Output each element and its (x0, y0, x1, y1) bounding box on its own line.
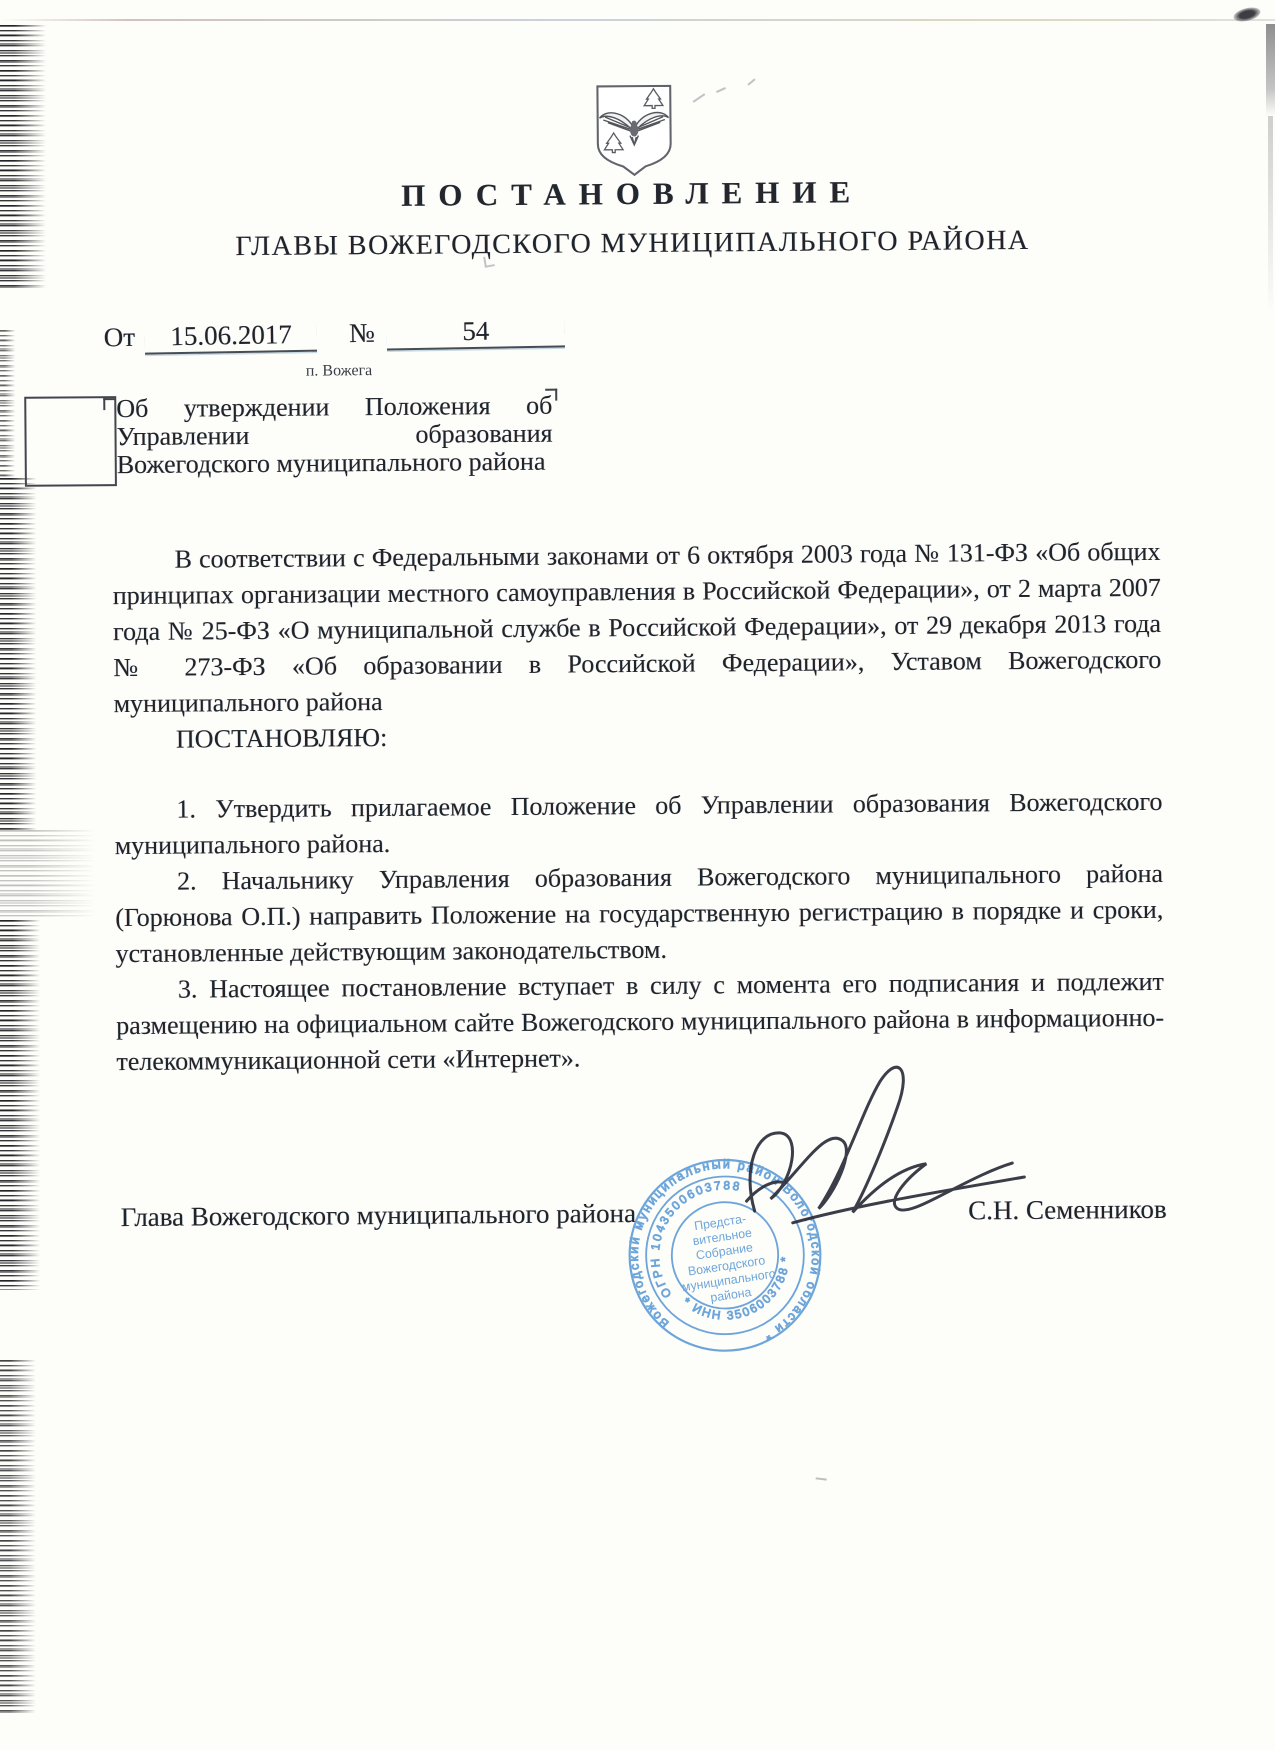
margin-box-artifact (24, 396, 117, 487)
item-paragraph: 1. Утвердить прилагаемое Положение об Уп… (114, 784, 1163, 864)
signer-position-label: Глава Вожегодского муниципального района (121, 1198, 637, 1233)
document-subtitle: ГЛАВЫ ВОЖЕГОДСКОГО МУНИЦИПАЛЬНОГО РАЙОНА (0, 223, 1270, 265)
body-text: В соответствии с Федеральными законами о… (112, 534, 1164, 1080)
resolve-label: ПОСТАНОВЛЯЮ: (114, 714, 1162, 758)
subject-line: Вожегодского муниципального района (117, 448, 553, 479)
decree-document: ПОСТАНОВЛЕНИЕ ГЛАВЫ ВОЖЕГОДСКОГО МУНИЦИП… (0, 0, 1275, 1750)
handwritten-signature (737, 1047, 1039, 1273)
number-field: 54 (387, 314, 566, 350)
from-label: От (103, 322, 135, 353)
number-sign: № (349, 318, 375, 348)
coat-of-arms-icon (592, 82, 677, 179)
item-paragraph: 2. Начальнику Управления образования Вож… (115, 856, 1164, 972)
place-label: п. Вожега (104, 360, 574, 382)
scanned-document-page: { "document": { "title": "ПОСТАНОВЛЕНИЕ"… (0, 0, 1275, 1750)
date-number-row: От15.06.2017№54 (103, 314, 565, 355)
intro-paragraph: В соответствии с Федеральными законами о… (112, 534, 1161, 722)
subject-block: Об утверждении Положения об Управлении о… (116, 392, 553, 479)
document-title: ПОСТАНОВЛЕНИЕ (0, 171, 1270, 217)
date-field: 15.06.2017 (145, 319, 318, 355)
